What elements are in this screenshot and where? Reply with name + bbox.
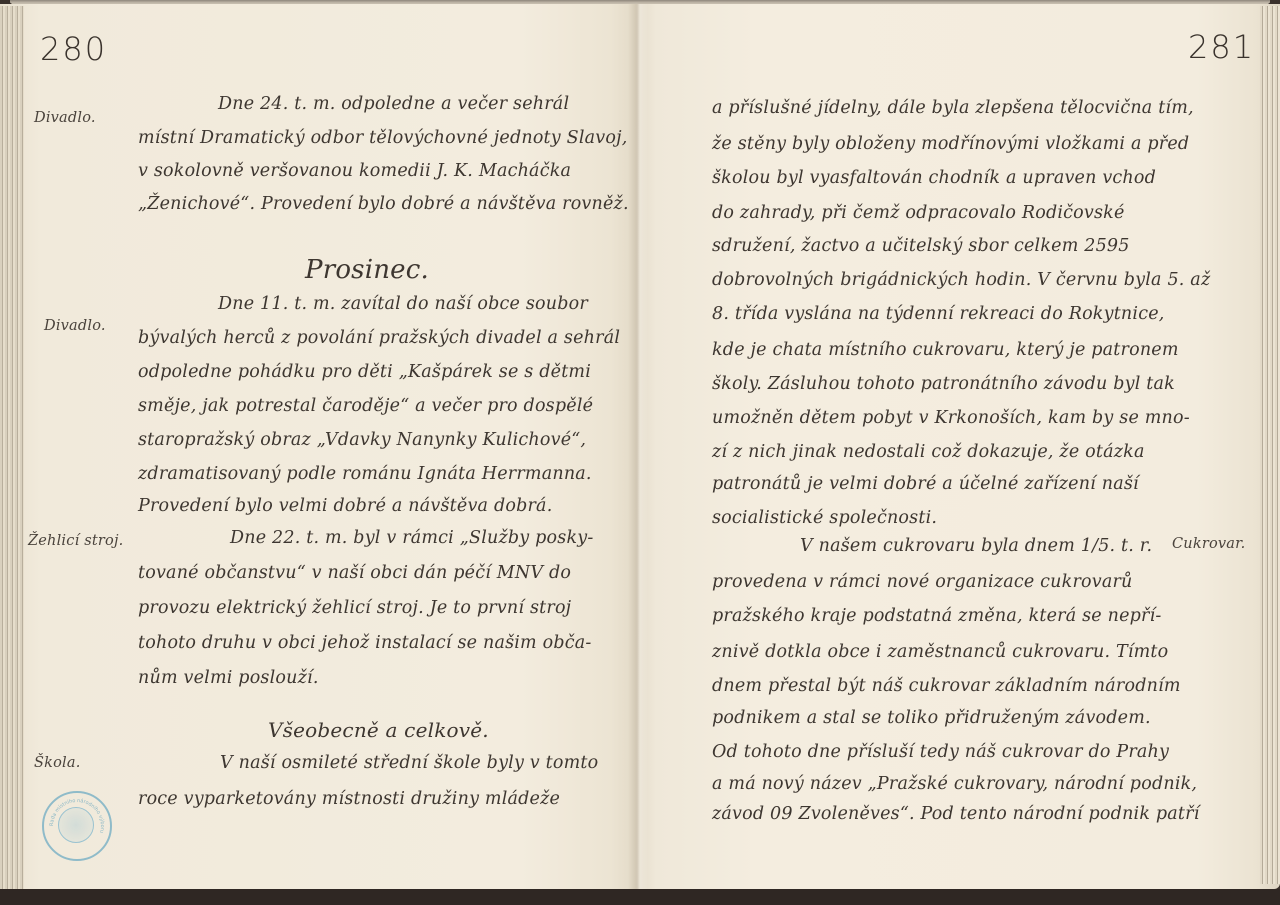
text-line: V našem cukrovaru byla dnem 1/5. t. r. (800, 538, 1152, 556)
text-line: staropražský obraz „Vdavky Nanynky Kulic… (138, 432, 586, 450)
text-line: provozu elektrický žehlicí stroj. Je to … (138, 600, 571, 618)
text-line: Dne 22. t. m. byl v rámci „Služby posky- (230, 530, 593, 548)
text-line: tované občanstvu“ v naší obci dán péčí M… (138, 565, 571, 583)
svg-text:Rada místního národního výboru: Rada místního národního výboru (49, 797, 106, 833)
text-line: kde je chata místního cukrovaru, který j… (712, 342, 1179, 360)
text-line: závod 09 Zvoleněves“. Pod tento národní … (712, 806, 1200, 824)
left-leaf-edges (0, 6, 24, 891)
left-page-number: 280 (40, 30, 107, 68)
text-line: směje, jak potrestal čaroděje“ a večer p… (138, 398, 593, 416)
margin-note: Divadlo. (44, 318, 106, 334)
text-line: roce vyparketovány místnosti družiny mlá… (138, 791, 560, 809)
text-line: sdružení, žactvo a učitelský sbor celkem… (712, 238, 1130, 256)
text-line: školou byl vyasfaltován chodník a uprave… (712, 170, 1156, 188)
text-line: dnem přestal být náš cukrovar základním … (712, 678, 1181, 696)
text-line: Od tohoto dne přísluší tedy náš cukrovar… (712, 744, 1169, 762)
section-subheading: Všeobecně a celkově. (268, 718, 489, 742)
text-line: bývalých herců z povolání pražských diva… (138, 330, 620, 348)
book-gutter (628, 4, 648, 890)
text-line: provedena v rámci nové organizace cukrov… (712, 574, 1133, 592)
text-line: odpoledne pohádku pro děti „Kašpárek se … (138, 364, 591, 382)
text-line: do zahrady, při čemž odpracovalo Rodičov… (712, 205, 1125, 223)
text-line: V naší osmileté střední škole byly v tom… (220, 755, 598, 773)
text-line: 8. třída vyslána na týdenní rekreaci do … (712, 306, 1165, 324)
text-line: znivě dotkla obce i zaměstnanců cukrovar… (712, 644, 1168, 662)
text-line: v sokolovně veršovanou komedii J. K. Mac… (138, 163, 571, 181)
text-line: místní Dramatický odbor tělovýchovné jed… (138, 130, 627, 148)
margin-note: Cukrovar. (1172, 536, 1245, 552)
text-line: „Ženichové“. Provedení bylo dobré a návš… (138, 196, 629, 214)
text-line: nům velmi poslouží. (138, 670, 319, 688)
text-line: a příslušné jídelny, dále byla zlepšena … (712, 100, 1194, 118)
text-line: Dne 11. t. m. zavítal do naší obce soubo… (218, 296, 588, 314)
section-heading: Prosinec. (305, 255, 429, 285)
official-stamp: Rada místního národního výboru (42, 791, 112, 861)
text-line: zdramatisovaný podle románu Ignáta Herrm… (138, 466, 592, 484)
text-line: pražského kraje podstatná změna, která s… (712, 608, 1162, 626)
text-line: školy. Zásluhou tohoto patronátního závo… (712, 376, 1175, 394)
margin-note: Divadlo. (34, 110, 96, 126)
text-line: Dne 24. t. m. odpoledne a večer sehrál (218, 96, 569, 114)
text-line: patronátů je velmi dobré a účelné zaříze… (712, 476, 1139, 494)
text-line: dobrovolných brigádnických hodin. V červ… (712, 272, 1210, 290)
right-leaf-edges (1260, 6, 1280, 884)
text-line: podnikem a stal se toliko přidruženým zá… (712, 710, 1151, 728)
text-line: umožněn dětem pobyt v Krkonoších, kam by… (712, 410, 1190, 428)
text-line: socialistické společnosti. (712, 510, 937, 528)
text-line: zí z nich jinak nedostali což dokazuje, … (712, 444, 1145, 462)
text-line: že stěny byly obloženy modřínovými vložk… (712, 136, 1189, 154)
background-shadow (0, 889, 1280, 905)
margin-note: Žehlicí stroj. (28, 533, 123, 549)
right-page-number: 281 (1188, 28, 1255, 66)
text-line: a má nový název „Pražské cukrovary, náro… (712, 776, 1197, 794)
open-book: 280 281 Divadlo.Divadlo.Žehlicí stroj.Šk… (0, 0, 1280, 905)
margin-note: Škola. (34, 755, 81, 771)
text-line: Provedení bylo velmi dobré a návštěva do… (138, 498, 552, 516)
stamp-text: Rada místního národního výboru (44, 793, 110, 859)
text-line: tohoto druhu v obci jehož instalací se n… (138, 635, 592, 653)
